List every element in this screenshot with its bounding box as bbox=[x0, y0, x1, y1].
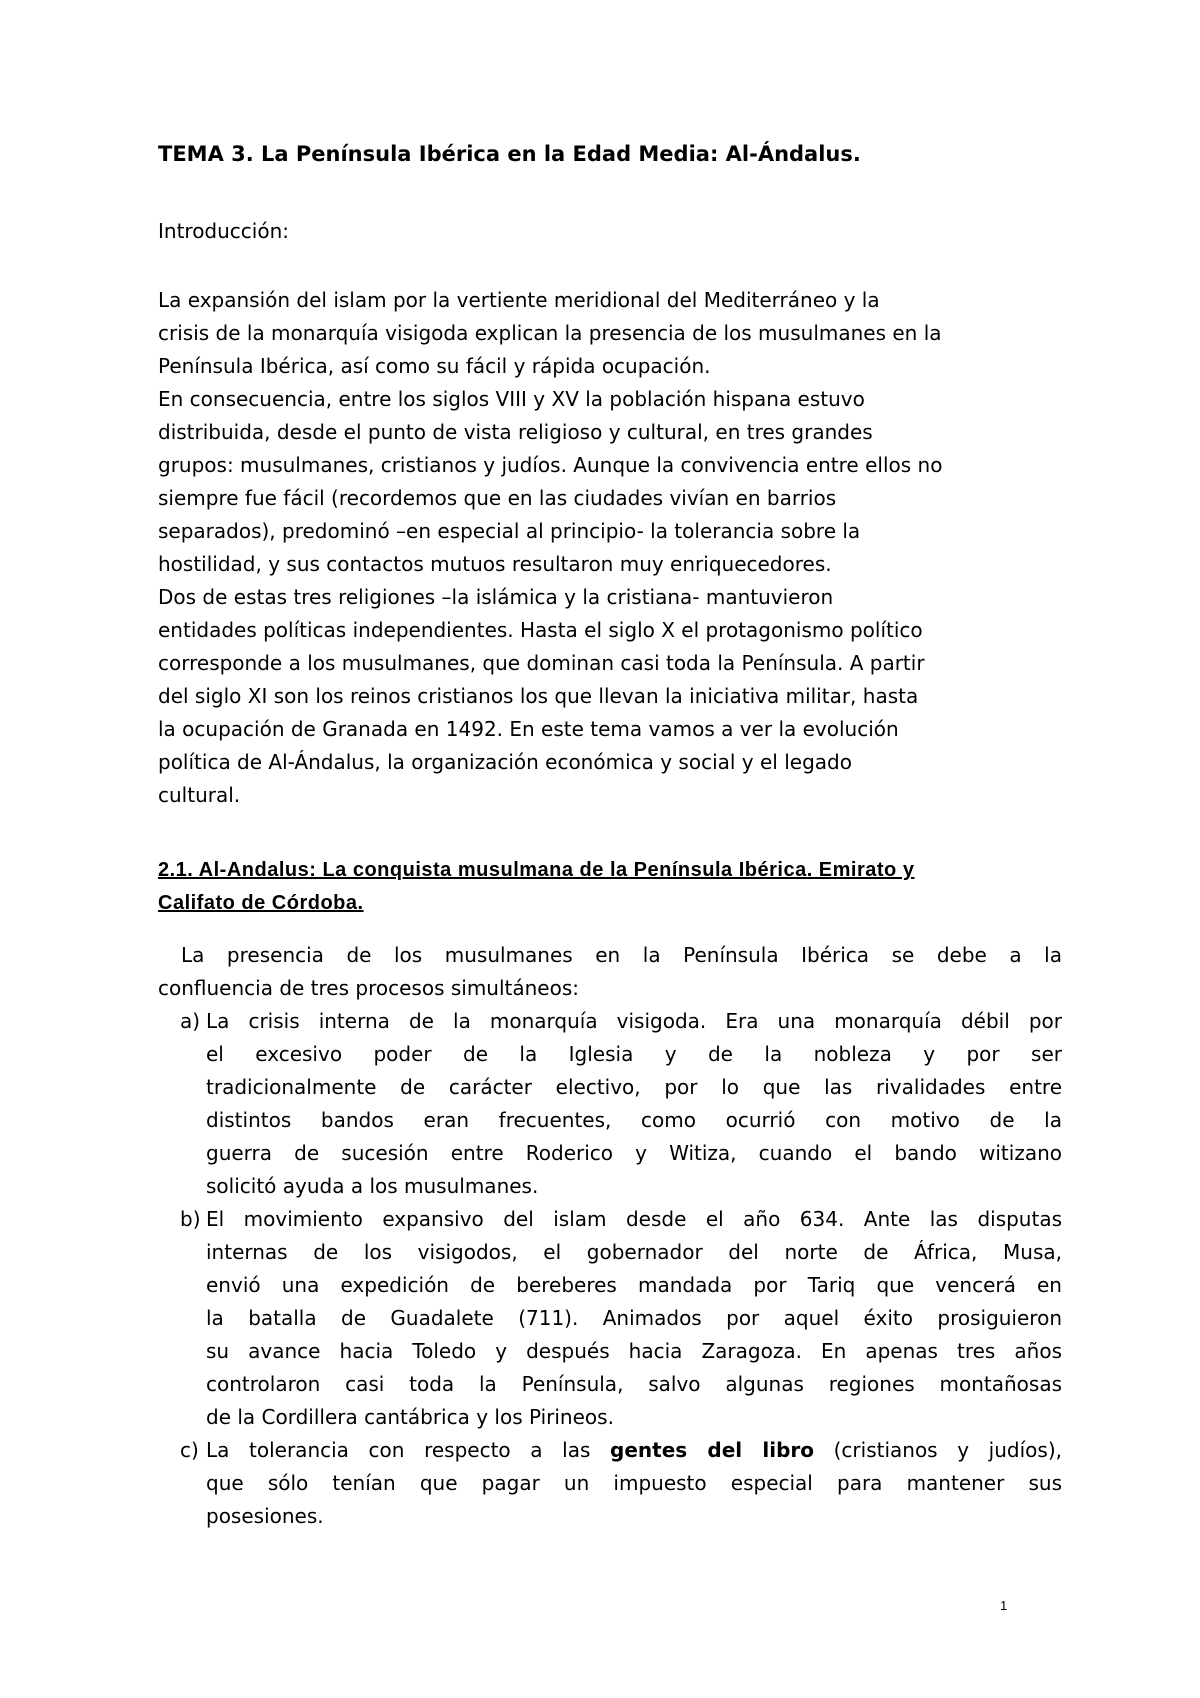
text-line: la ocupación de Granada en 1492. En este… bbox=[158, 713, 1062, 746]
page-number: 1 bbox=[1000, 1598, 1007, 1614]
text-line: envió una expedición de bereberes mandad… bbox=[206, 1269, 1062, 1302]
text-segment: La tolerancia con respecto a las bbox=[206, 1438, 610, 1462]
lead-paragraph: La presencia de los musulmanes en la Pen… bbox=[158, 939, 1062, 1005]
text-line: la batalla de Guadalete (711). Animados … bbox=[206, 1302, 1062, 1335]
text-line: cultural. bbox=[158, 779, 1062, 812]
text-line: La expansión del islam por la vertiente … bbox=[158, 284, 1062, 317]
document-title: TEMA 3. La Península Ibérica en la Edad … bbox=[158, 138, 1062, 171]
text-line: separados), predominó –en especial al pr… bbox=[158, 515, 1062, 548]
text-line: entidades políticas independientes. Hast… bbox=[158, 614, 1062, 647]
text-line: corresponde a los musulmanes, que domina… bbox=[158, 647, 1062, 680]
list-item-text: La crisis interna de la monarquía visigo… bbox=[206, 1005, 1062, 1203]
document-page: TEMA 3. La Península Ibérica en la Edad … bbox=[158, 138, 1062, 1533]
text-line: el excesivo poder de la Iglesia y de la … bbox=[206, 1038, 1062, 1071]
text-line: La presencia de los musulmanes en la Pen… bbox=[158, 939, 1062, 972]
text-line: su avance hacia Toledo y después hacia Z… bbox=[206, 1335, 1062, 1368]
section-heading: 2.1. Al-Andalus: La conquista musulmana … bbox=[158, 854, 1062, 920]
list-marker: b) bbox=[158, 1203, 206, 1434]
text-line: Dos de estas tres religiones –la islámic… bbox=[158, 581, 1062, 614]
list-marker: c) bbox=[158, 1434, 206, 1533]
text-line: confluencia de tres procesos simultáneos… bbox=[158, 972, 1062, 1005]
text-line: La tolerancia con respecto a las gentes … bbox=[206, 1434, 1062, 1467]
text-line: guerra de sucesión entre Roderico y Witi… bbox=[206, 1137, 1062, 1170]
text-line: distintos bandos eran frecuentes, como o… bbox=[206, 1104, 1062, 1137]
list-item-c: c) La tolerancia con respecto a las gent… bbox=[158, 1434, 1062, 1533]
text-line: En consecuencia, entre los siglos VIII y… bbox=[158, 383, 1062, 416]
text-line: El movimiento expansivo del islam desde … bbox=[206, 1203, 1062, 1236]
text-line: de la Cordillera cantábrica y los Pirine… bbox=[206, 1401, 1062, 1434]
text-line: hostilidad, y sus contactos mutuos resul… bbox=[158, 548, 1062, 581]
bold-text-segment: gentes del libro bbox=[610, 1438, 814, 1462]
ordered-list: a) La crisis interna de la monarquía vis… bbox=[158, 1005, 1062, 1533]
text-line: del siglo XI son los reinos cristianos l… bbox=[158, 680, 1062, 713]
text-line: siempre fue fácil (recordemos que en las… bbox=[158, 482, 1062, 515]
list-item-text: La tolerancia con respecto a las gentes … bbox=[206, 1434, 1062, 1533]
list-marker: a) bbox=[158, 1005, 206, 1203]
text-line: Califato de Córdoba. bbox=[158, 887, 1062, 920]
list-item-b: b) El movimiento expansivo del islam des… bbox=[158, 1203, 1062, 1434]
text-line: solicitó ayuda a los musulmanes. bbox=[206, 1170, 1062, 1203]
text-line: internas de los visigodos, el gobernador… bbox=[206, 1236, 1062, 1269]
text-line: crisis de la monarquía visigoda explican… bbox=[158, 317, 1062, 350]
text-line: política de Al-Ándalus, la organización … bbox=[158, 746, 1062, 779]
text-line: grupos: musulmanes, cristianos y judíos.… bbox=[158, 449, 1062, 482]
text-line: distribuida, desde el punto de vista rel… bbox=[158, 416, 1062, 449]
text-line: posesiones. bbox=[206, 1500, 1062, 1533]
document-canvas: { "document": { "title": "TEMA 3. La Pen… bbox=[0, 0, 1200, 1698]
intro-paragraphs: La expansión del islam por la vertiente … bbox=[158, 284, 1062, 812]
text-line: Península Ibérica, así como su fácil y r… bbox=[158, 350, 1062, 383]
text-segment: (cristianos y judíos), bbox=[814, 1438, 1062, 1462]
intro-label: Introducción: bbox=[158, 215, 1062, 248]
text-line: que sólo tenían que pagar un impuesto es… bbox=[206, 1467, 1062, 1500]
list-item-a: a) La crisis interna de la monarquía vis… bbox=[158, 1005, 1062, 1203]
text-line: controlaron casi toda la Península, salv… bbox=[206, 1368, 1062, 1401]
text-line: tradicionalmente de carácter electivo, p… bbox=[206, 1071, 1062, 1104]
text-line: 2.1. Al-Andalus: La conquista musulmana … bbox=[158, 854, 1062, 887]
list-item-text: El movimiento expansivo del islam desde … bbox=[206, 1203, 1062, 1434]
text-line: La crisis interna de la monarquía visigo… bbox=[206, 1005, 1062, 1038]
